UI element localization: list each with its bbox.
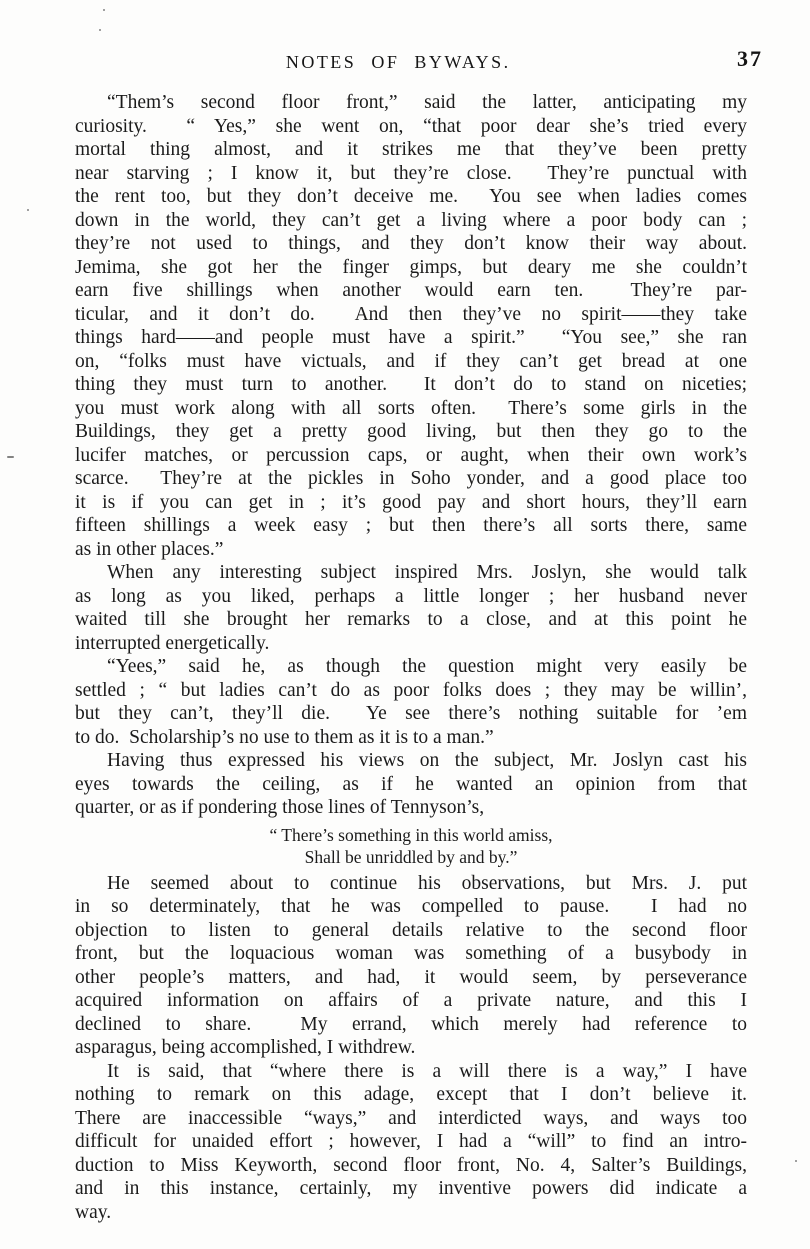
- text-line: near starving ; I know it, but they’re c…: [75, 162, 747, 186]
- text-line: acquired information on affairs of a pri…: [75, 989, 747, 1013]
- text-line: in so determinately, that he was compell…: [75, 895, 747, 919]
- text-line: quarter, or as if pondering those lines …: [75, 796, 747, 820]
- text-line: ticular, and it don’t do. And then they’…: [75, 303, 747, 327]
- text-line: There are inaccessible “ways,” and inter…: [75, 1107, 747, 1131]
- text-line: earn five shillings when another would e…: [75, 279, 747, 303]
- text-line: they’re not used to things, and they don…: [75, 232, 747, 256]
- page-header: NOTES OF BYWAYS. 37: [0, 46, 810, 78]
- text-line: Shall be unriddled by and by.”: [75, 846, 747, 869]
- text-line: “Them’s second floor front,” said the la…: [75, 91, 747, 115]
- text-line: waited till she brought her remarks to a…: [75, 608, 747, 632]
- text-line: When any interesting subject inspired Mr…: [75, 561, 747, 585]
- scan-speck: [795, 1160, 797, 1162]
- scan-speck: [103, 9, 105, 11]
- text-line: eyes towards the ceiling, as if he wante…: [75, 773, 747, 797]
- scan-speck: [7, 456, 14, 458]
- text-line: to do. Scholarship’s no use to them as i…: [75, 726, 747, 750]
- paragraph: He seemed about to continue his observat…: [75, 872, 747, 1060]
- running-title: NOTES OF BYWAYS.: [286, 52, 511, 73]
- text-line: asparagus, being accomplished, I withdre…: [75, 1036, 747, 1060]
- text-line: but they can’t, they’ll die. Ye see ther…: [75, 702, 747, 726]
- paragraph: Having thus expressed his views on the s…: [75, 749, 747, 820]
- text-line: duction to Miss Keyworth, second floor f…: [75, 1154, 747, 1178]
- scan-speck: [99, 29, 101, 31]
- text-line: interrupted energetically.: [75, 632, 747, 656]
- text-line: “ There’s something in this world amiss,: [75, 824, 747, 847]
- text-line: objection to listen to general details r…: [75, 919, 747, 943]
- text-line: “Yees,” said he, as though the question …: [75, 655, 747, 679]
- text-line: nothing to remark on this adage, except …: [75, 1083, 747, 1107]
- text-line: Jemima, she got her the finger gimps, bu…: [75, 256, 747, 280]
- text-line: settled ; “ but ladies can’t do as poor …: [75, 679, 747, 703]
- text-line: fifteen shillings a week easy ; but then…: [75, 514, 747, 538]
- text-line: thing they must turn to another. It don’…: [75, 373, 747, 397]
- text-line: it is if you can get in ; it’s good pay …: [75, 491, 747, 515]
- text-line: as long as you liked, perhaps a little l…: [75, 585, 747, 609]
- text-line: Buildings, they get a pretty good living…: [75, 420, 747, 444]
- paragraph: “Yees,” said he, as though the question …: [75, 655, 747, 749]
- text-line: declined to share. My errand, which mere…: [75, 1013, 747, 1037]
- text-line: as in other places.”: [75, 538, 747, 562]
- text-line: It is said, that “where there is a will …: [75, 1060, 747, 1084]
- text-line: mortal thing almost, and it strikes me t…: [75, 138, 747, 162]
- text-line: curiosity. “ Yes,” she went on, “that po…: [75, 115, 747, 139]
- text-line: down in the world, they can’t get a livi…: [75, 209, 747, 233]
- text-line: things hard——and people must have a spir…: [75, 326, 747, 350]
- page-number: 37: [737, 46, 763, 72]
- text-line: you must work along with all sorts often…: [75, 397, 747, 421]
- book-page: NOTES OF BYWAYS. 37 “Them’s second floor…: [0, 0, 810, 1249]
- text-line: way.: [75, 1201, 747, 1225]
- text-line: difficult for unaided effort ; however, …: [75, 1130, 747, 1154]
- text-line: He seemed about to continue his observat…: [75, 872, 747, 896]
- text-line: Having thus expressed his views on the s…: [75, 749, 747, 773]
- text-line: the rent too, but they don’t deceive me.…: [75, 185, 747, 209]
- text-line: other people’s matters, and had, it woul…: [75, 966, 747, 990]
- text-column: “Them’s second floor front,” said the la…: [75, 91, 747, 1224]
- paragraph: It is said, that “where there is a will …: [75, 1060, 747, 1225]
- text-line: scarce. They’re at the pickles in Soho y…: [75, 467, 747, 491]
- text-line: on, “folks must have victuals, and if th…: [75, 350, 747, 374]
- paragraph: When any interesting subject inspired Mr…: [75, 561, 747, 655]
- paragraph: “Them’s second floor front,” said the la…: [75, 91, 747, 561]
- text-line: lucifer matches, or percussion caps, or …: [75, 444, 747, 468]
- text-line: and in this instance, certainly, my inve…: [75, 1177, 747, 1201]
- text-line: front, but the loquacious woman was some…: [75, 942, 747, 966]
- verse-quote: “ There’s something in this world amiss,…: [75, 824, 747, 869]
- scan-speck: [27, 209, 29, 211]
